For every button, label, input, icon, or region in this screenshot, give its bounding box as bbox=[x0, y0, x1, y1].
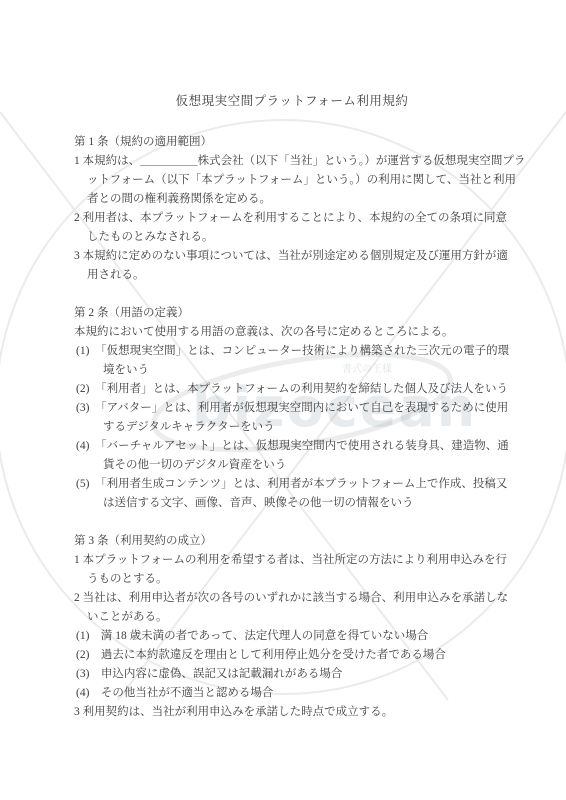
clause-line: 1 本プラットフォームの利用を希望する者は、当社所定の方法により利用申込みを行 bbox=[74, 551, 510, 570]
clause-line: 3 本規約に定めのない事項については、当社が別途定める個別規定及び運用方針が適 bbox=[74, 247, 510, 266]
clause-line: 1 本規約は、＿＿＿＿＿株式会社（以下「当社」という。）が運営する仮想現実空間プ… bbox=[74, 152, 510, 171]
clause-line: 3 利用契約は、当社が利用申込みを承諾した時点で成立する。 bbox=[74, 703, 510, 722]
clause-line: 2 利用者は、本プラットフォームを利用することにより、本規約の全ての条項に同意 bbox=[74, 209, 510, 228]
document-title: 仮想現実空間プラットフォーム利用規約 bbox=[74, 92, 510, 111]
clause-line: したものとみなされる。 bbox=[74, 228, 510, 247]
definition-item-wrap: 境をいう bbox=[74, 361, 510, 380]
condition-item: (2) 過去に本約款違反を理由として利用停止処分を受けた者である場合 bbox=[74, 646, 510, 665]
condition-item: (1) 満 18 歳未満の者であって、法定代理人の同意を得ていない場合 bbox=[74, 627, 510, 646]
clause-line: うものとする。 bbox=[74, 570, 510, 589]
definition-item: (2) 「利用者」とは、本プラットフォームの利用契約を締結した個人及び法人をいう bbox=[74, 380, 510, 399]
definition-item: (5) 「利用者生成コンテンツ」とは、利用者が本プラットフォーム上で作成、投稿又 bbox=[74, 475, 510, 494]
clause-line: ットフォーム（以下「本プラットフォーム」という。）の利用に関して、当社と利用 bbox=[74, 171, 510, 190]
article-2: 第 2 条（用語の定義） 本規約において使用する用語の意義は、次の各号に定めると… bbox=[74, 304, 510, 513]
clause-line: 本規約において使用する用語の意義は、次の各号に定めるところによる。 bbox=[74, 323, 510, 342]
definition-item-wrap: するデジタルキャラクターをいう bbox=[74, 418, 510, 437]
definition-item-wrap: 貨その他一切のデジタル資産をいう bbox=[74, 456, 510, 475]
clause-line: 2 当社は、利用申込者が次の各号のいずれかに該当する場合、利用申込みを承諾しな bbox=[74, 589, 510, 608]
definition-item: (3) 「アバター」とは、利用者が仮想現実空間内において自己を表現するために使用 bbox=[74, 399, 510, 418]
article-1: 第 1 条（規約の適用範囲） 1 本規約は、＿＿＿＿＿株式会社（以下「当社」とい… bbox=[74, 133, 510, 285]
document-content: 仮想現実空間プラットフォーム利用規約 第 1 条（規約の適用範囲） 1 本規約は… bbox=[0, 0, 566, 722]
definition-item-wrap: は送信する文字、画像、音声、映像その他一切の情報をいう bbox=[74, 494, 510, 513]
document-page: bizocean 書式の王様 仮想現実空間プラットフォーム利用規約 第 1 条（… bbox=[0, 0, 566, 800]
article-2-heading: 第 2 条（用語の定義） bbox=[74, 304, 510, 323]
article-3: 第 3 条（利用契約の成立） 1 本プラットフォームの利用を希望する者は、当社所… bbox=[74, 532, 510, 722]
article-3-heading: 第 3 条（利用契約の成立） bbox=[74, 532, 510, 551]
definition-item: (4) 「バーチャルアセット」とは、仮想現実空間内で使用される装身具、建造物、通 bbox=[74, 437, 510, 456]
clause-line: 用される。 bbox=[74, 266, 510, 285]
condition-item: (3) 申込内容に虚偽、誤記又は記載漏れがある場合 bbox=[74, 665, 510, 684]
definition-item: (1) 「仮想現実空間」とは、コンピューター技術により構築された三次元の電子的環 bbox=[74, 342, 510, 361]
article-1-heading: 第 1 条（規約の適用範囲） bbox=[74, 133, 510, 152]
clause-line: いことがある。 bbox=[74, 608, 510, 627]
clause-line: 者との間の権利義務関係を定める。 bbox=[74, 190, 510, 209]
condition-item: (4) その他当社が不適当と認める場合 bbox=[74, 684, 510, 703]
